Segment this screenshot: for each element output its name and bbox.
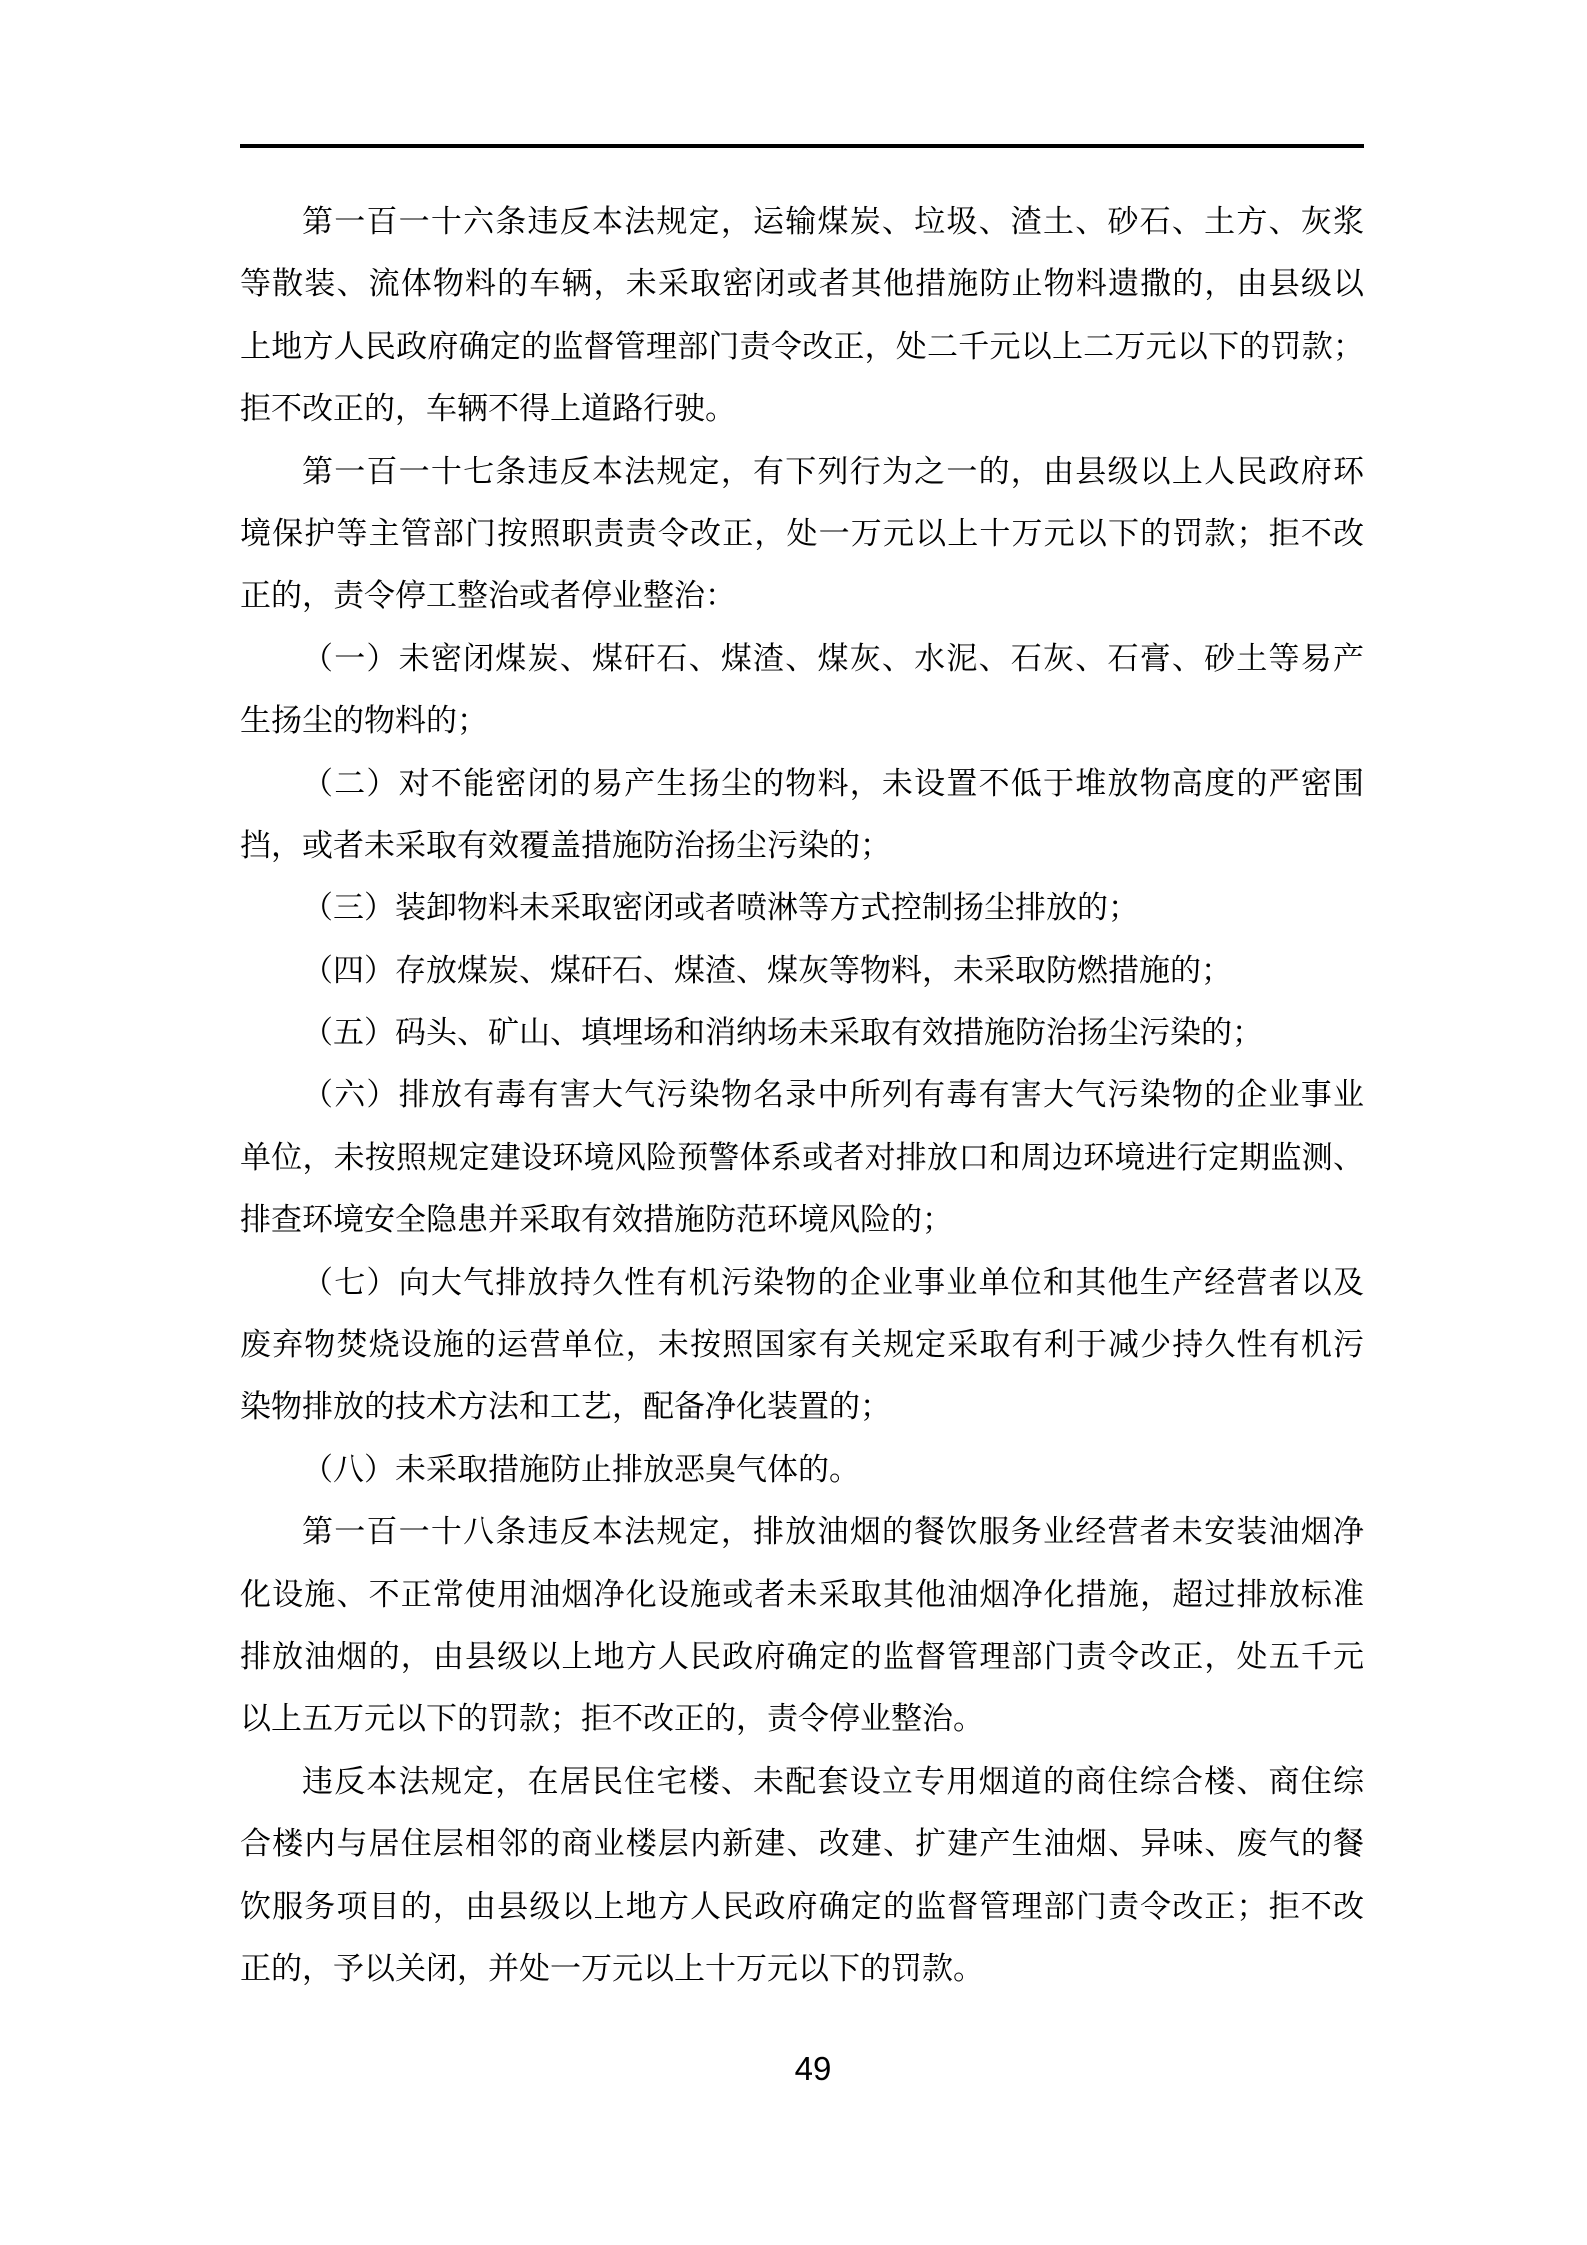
- text-line: 违反本法规定，在居民住宅楼、未配套设立专用烟道的商住综合楼、商住综: [240, 1751, 1364, 1813]
- text-line: （七）向大气排放持久性有机污染物的企业事业单位和其他生产经营者以及: [240, 1252, 1364, 1314]
- document-page: 第一百一十六条违反本法规定，运输煤炭、垃圾、渣土、砂石、土方、灰浆等散装、流体物…: [0, 0, 1587, 2245]
- text-line: 排放油烟的，由县级以上地方人民政府确定的监督管理部门责令改正，处五千元: [240, 1626, 1364, 1688]
- text-line: （八）未采取措施防止排放恶臭气体的。: [240, 1439, 1364, 1501]
- text-line: 挡，或者未采取有效覆盖措施防治扬尘污染的；: [240, 815, 1364, 877]
- text-line: （四）存放煤炭、煤矸石、煤渣、煤灰等物料，未采取防燃措施的；: [240, 940, 1364, 1002]
- text-line: 第一百一十六条违反本法规定，运输煤炭、垃圾、渣土、砂石、土方、灰浆: [240, 191, 1364, 253]
- text-line: （六）排放有毒有害大气污染物名录中所列有毒有害大气污染物的企业事业: [240, 1064, 1364, 1126]
- text-line: 排查环境安全隐患并采取有效措施防范环境风险的；: [240, 1189, 1364, 1251]
- text-line: 饮服务项目的，由县级以上地方人民政府确定的监督管理部门责令改正；拒不改: [240, 1876, 1364, 1938]
- text-line: 境保护等主管部门按照职责责令改正，处一万元以上十万元以下的罚款；拒不改: [240, 503, 1364, 565]
- header-rule: [240, 144, 1364, 148]
- text-line: （三）装卸物料未采取密闭或者喷淋等方式控制扬尘排放的；: [240, 877, 1364, 939]
- text-line: 以上五万元以下的罚款；拒不改正的，责令停业整治。: [240, 1688, 1364, 1750]
- text-line: 单位，未按照规定建设环境风险预警体系或者对排放口和周边环境进行定期监测、: [240, 1127, 1364, 1189]
- text-line: 第一百一十八条违反本法规定，排放油烟的餐饮服务业经营者未安装油烟净: [240, 1501, 1364, 1563]
- text-line: （二）对不能密闭的易产生扬尘的物料，未设置不低于堆放物高度的严密围: [240, 753, 1364, 815]
- text-line: （一）未密闭煤炭、煤矸石、煤渣、煤灰、水泥、石灰、石膏、砂土等易产: [240, 628, 1364, 690]
- text-line: 拒不改正的，车辆不得上道路行驶。: [240, 378, 1364, 440]
- text-line: 化设施、不正常使用油烟净化设施或者未采取其他油烟净化措施，超过排放标准: [240, 1564, 1364, 1626]
- body-text: 第一百一十六条违反本法规定，运输煤炭、垃圾、渣土、砂石、土方、灰浆等散装、流体物…: [240, 191, 1364, 2000]
- text-line: 等散装、流体物料的车辆，未采取密闭或者其他措施防止物料遗撒的，由县级以: [240, 253, 1364, 315]
- text-line: 正的，责令停工整治或者停业整治：: [240, 565, 1364, 627]
- text-line: 第一百一十七条违反本法规定，有下列行为之一的，由县级以上人民政府环: [240, 441, 1364, 503]
- text-line: 合楼内与居住层相邻的商业楼层内新建、改建、扩建产生油烟、异味、废气的餐: [240, 1813, 1364, 1875]
- text-line: 上地方人民政府确定的监督管理部门责令改正，处二千元以上二万元以下的罚款；: [240, 316, 1364, 378]
- text-line: （五）码头、矿山、填埋场和消纳场未采取有效措施防治扬尘污染的；: [240, 1002, 1364, 1064]
- text-line: 废弃物焚烧设施的运营单位，未按照国家有关规定采取有利于减少持久性有机污: [240, 1314, 1364, 1376]
- page-number: 49: [251, 2046, 1375, 2092]
- text-line: 正的，予以关闭，并处一万元以上十万元以下的罚款。: [240, 1938, 1364, 2000]
- text-line: 生扬尘的物料的；: [240, 690, 1364, 752]
- text-line: 染物排放的技术方法和工艺，配备净化装置的；: [240, 1376, 1364, 1438]
